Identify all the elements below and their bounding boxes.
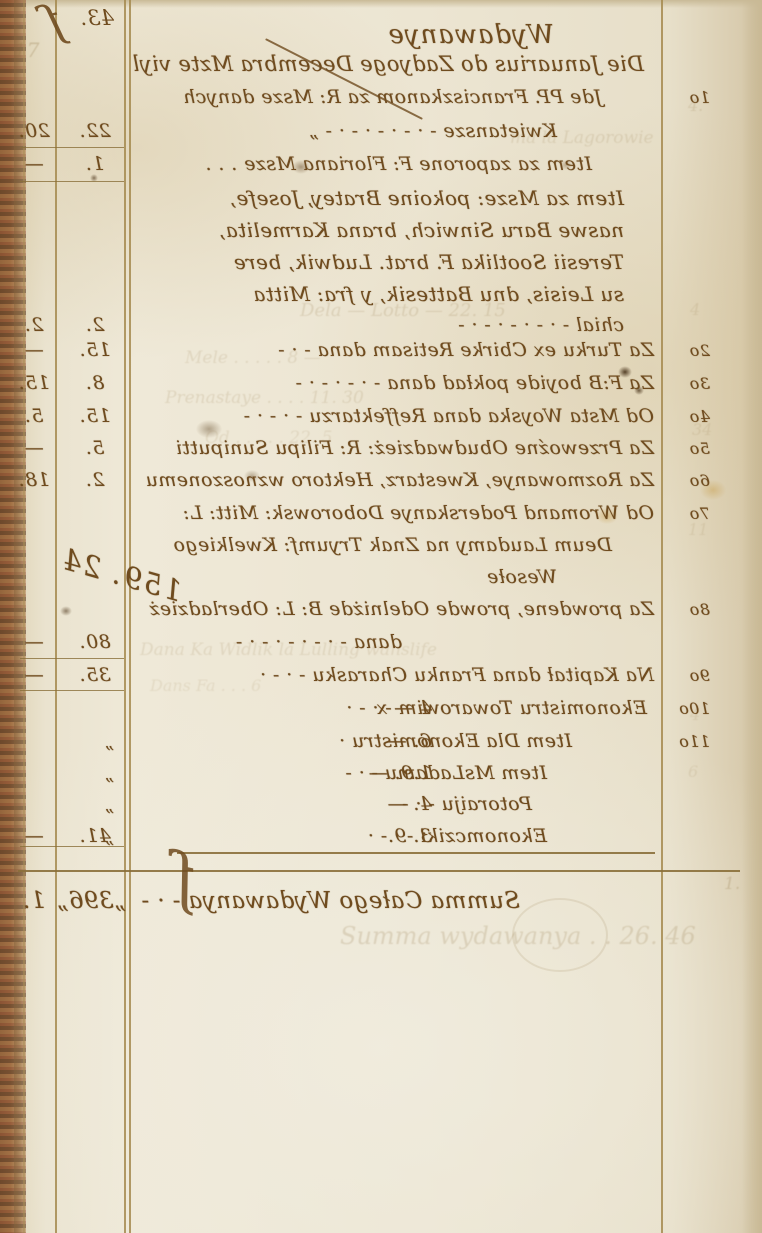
ledger-line: naswe Baru Sinwich, brana Karmelita, [0,218,762,248]
mirrored-ink-layer: Wydawanye Die Januarius do Zadyoge Decem… [0,0,762,1233]
amount-grosze: — [8,153,60,175]
ordinal-label: 10o [679,699,710,718]
entry-text: Deum Laudamy na Znak Tryumf: Kwelkiego [173,534,612,556]
amount-zloty: 1. [64,153,126,175]
entry-text: Za Przewoźne Obudwadzież: R: Filipu Suni… [175,437,654,459]
amount-zloty: 2. [64,469,126,491]
ledger-line: Item za Msze: pokoine Bratey, Josefe, [0,186,762,216]
ordinal-label: 2o [689,341,710,360]
inline-amount: 4 — x [376,697,432,719]
ordinal-label: 5o [689,439,710,458]
ledger-line: 3oZa F:B boyide pokład dana - · - · - · … [0,372,762,402]
ledger-line: dana - · - · - · - · -80.— [0,631,762,661]
ledger-line: 9oNa Kapitał dana Franku Charasku - · - … [0,664,762,694]
manuscript-page: ma la LagorowieDela — Lotto — 22. 15Mele… [0,0,762,1233]
amount-zloty: 15. [64,339,126,361]
amount-zloty: 15. [64,405,126,427]
inline-amount: 3. 9. [388,825,432,847]
amount-zloty: 5. [64,437,126,459]
ledger-line: 11o„Item Dla Ekonomistru ·6. — [0,730,762,760]
entry-text: Summa Całego Wydawanya - · - [141,888,520,914]
ledger-line: Teresii Sootlika F. brat. Ludwik, bere [0,250,762,280]
amount-grosze: 15. [8,372,60,394]
ordinal-label: 8o [689,600,710,619]
header-subtitle: Die Januarius do Zadyoge Decembra Mzte v… [0,52,762,82]
inline-amount: 6. — [387,730,432,752]
ordinal-label: 1o [689,88,710,107]
ditto-mark: „ [104,732,114,753]
ledger-line: su Leisis, dnu Battesik, y fra: Mitta [0,282,762,312]
ledger-line: 7oOd Wromand Poderskanye Doborowsk: Mitt… [0,502,762,532]
entry-text: Wesołe [487,566,557,588]
amount-zloty: 80. [64,631,126,653]
amount-zloty: 2. [64,314,126,336]
ledger-line: 4oOd Msta Woyska dana Reffektarzu - · - … [0,405,762,435]
amount-zloty: 22. [64,120,126,142]
ledger-line: 8oZa prowdene, prowde Odelniżde B: L: Ob… [0,598,762,628]
ledger-line: 5oZa Przewoźne Obudwadzież: R: Filipu Su… [0,437,762,467]
page-title: Wydawanye [0,20,762,50]
entry-text: Za Turku ex Cbirke Retisam dana - · - [278,339,654,361]
entry-text: dana - · - · - · - · - [236,631,402,653]
amount-grosze: — [8,339,60,361]
ledger-line: „Item MsLadamu - · -1.9. — [0,762,762,792]
ledger-line: Item za zaporone F: Floriana Msze . . .1… [0,153,762,183]
amount-grosze: — [8,437,60,459]
entry-text: su Leisis, dnu Battesik, y fra: Mitta [253,282,624,306]
amount-grosze: — [8,825,60,847]
ledger-line: 10oEkonomistru Towarowim - · - ·4 — x [0,697,762,727]
amount-grosze: — [8,631,60,653]
ordinal-label: 6o [689,471,710,490]
amount-grosze: 5. [8,405,60,427]
amount-grosze: 20. [8,120,60,142]
amount-zloty: 8. [64,372,126,394]
entry-text: Kwietansze - · - · - · - · - „ [309,120,557,142]
entry-text: chial - · - · - · - · - [458,314,624,336]
amount-grosze: 18. [8,469,60,491]
ledger-line: „Ekonomcziki - · - ·3. 9.41.— [0,825,762,855]
ditto-mark: „ [104,764,114,785]
ledger-line: Kwietansze - · - · - · - · - „22.20. [0,120,762,150]
inline-amount: 4. — [387,793,432,815]
ledger-line: Summa Całego Wydawanya - · -„396„1. [0,888,762,918]
amount-zloty: „396„ [64,888,126,914]
amount-zloty: 41. [64,825,126,847]
entry-text: Od Wromand Poderskanye Doborowsk: Mitt: … [183,502,654,524]
entry-text: Jde PP. Franciszkanom za R: Msze danych [183,86,602,108]
ledger-line: 2oZa Turku ex Cbirke Retisam dana - · -1… [0,339,762,369]
ordinal-label: 9o [689,666,710,685]
amount-grosze: — [8,664,60,686]
ordinal-label: 7o [689,504,710,523]
entry-text: Teresii Sootlika F. brat. Ludwik, bere [233,250,624,274]
bracket-rule-lower [18,870,740,872]
amount-grosze: 1. [8,888,60,914]
entry-text: naswe Baru Sinwich, brana Karmelita, [219,218,624,242]
entry-text: Item za zaporone F: Floriana Msze . . . [205,153,592,175]
ledger-line: 6oZa Rozmowanye, Kwestarz, Hektoro wznos… [0,469,762,499]
inline-amount: 1.9. — [368,762,432,784]
entry-text: Item Dla Ekonomistru · [339,730,572,752]
entry-text: Item za Msze: pokoine Bratey, Josefe, [229,186,624,210]
ordinal-label: 4o [689,407,710,426]
entry-text: Za Rozmowanye, Kwestarz, Hektoro wznoszo… [145,469,654,491]
ledger-line: „Potoraiju - · -4. — [0,793,762,823]
ditto-mark: „ [104,795,114,816]
entry-text: Na Kapitał dana Franku Charasku - · - · [260,664,654,686]
folio-number: 43. [81,6,114,30]
amount-zloty: 35. [64,664,126,686]
entry-text: Za prowdene, prowde Odelniżde B: L: Ober… [149,598,654,620]
entry-text: Za F:B boyide pokład dana - · - · - · - [295,372,654,394]
ordinal-label: 11o [679,732,710,751]
amount-grosze: 2. [8,314,60,336]
ledger-line: 1oJde PP. Franciszkanom za R: Msze danyc… [0,86,762,116]
ordinal-label: 3o [689,374,710,393]
entry-text: Od Msta Woyska dana Reffektarzu - · - · … [243,405,654,427]
